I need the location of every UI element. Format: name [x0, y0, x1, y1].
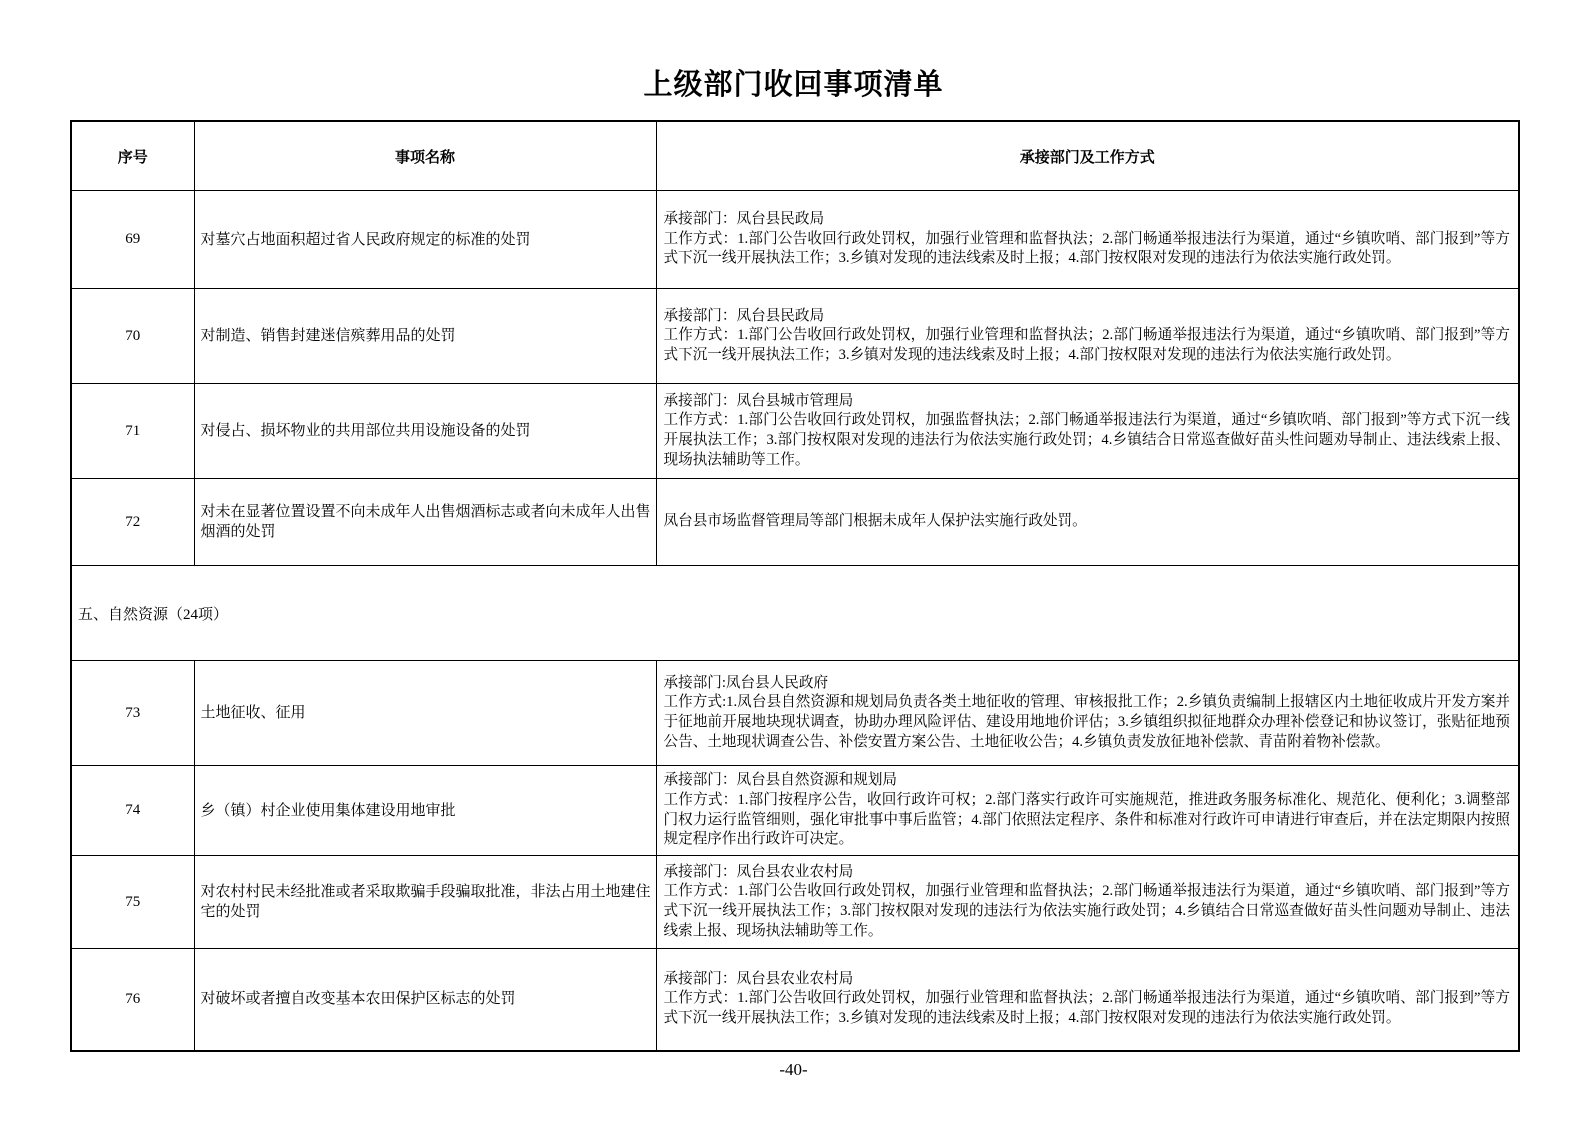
- item-dept-method: 承接部门：凤台县城市管理局 工作方式：1.部门公告收回行政处罚权，加强监督执法；…: [656, 384, 1519, 479]
- method-text: 工作方式：1.部门公告收回行政处罚权，加强行业管理和监督执法；2.部门畅通举报违…: [664, 989, 1511, 1028]
- row-index: 73: [71, 661, 194, 766]
- document-page: 上级部门收回事项清单 序号 事项名称 承接部门及工作方式 69 对墓穴占地面积超…: [0, 0, 1587, 1122]
- item-dept-method: 凤台县市场监督管理局等部门根据未成年人保护法实施行政处罚。: [656, 479, 1519, 566]
- item-dept-method: 承接部门：凤台县自然资源和规划局 工作方式：1.部门按程序公告，收回行政许可权；…: [656, 766, 1519, 856]
- row-index: 74: [71, 766, 194, 856]
- dept-line: 承接部门：凤台县农业农村局: [664, 970, 1511, 990]
- item-name: 对制造、销售封建迷信殡葬用品的处罚: [194, 289, 656, 384]
- dept-line: 承接部门：凤台县自然资源和规划局: [664, 771, 1511, 791]
- header-row: 序号 事项名称 承接部门及工作方式: [71, 121, 1519, 191]
- dept-line: 承接部门：凤台县民政局: [664, 210, 1511, 230]
- section-row: 五、自然资源（24项）: [71, 566, 1519, 661]
- method-text: 工作方式：1.部门公告收回行政处罚权，加强行业管理和监督执法；2.部门畅通举报违…: [664, 882, 1511, 941]
- row-index: 75: [71, 856, 194, 949]
- item-dept-method: 承接部门：凤台县民政局 工作方式：1.部门公告收回行政处罚权，加强行业管理和监督…: [656, 289, 1519, 384]
- table-row: 73 土地征收、征用 承接部门:凤台县人民政府 工作方式:1.凤台县自然资源和规…: [71, 661, 1519, 766]
- dept-line: 承接部门：凤台县民政局: [664, 307, 1511, 327]
- items-table: 序号 事项名称 承接部门及工作方式 69 对墓穴占地面积超过省人民政府规定的标准…: [70, 120, 1520, 1052]
- method-text: 工作方式：1.部门公告收回行政处罚权，加强行业管理和监督执法；2.部门畅通举报违…: [664, 230, 1511, 269]
- item-name: 对侵占、损坏物业的共用部位共用设施设备的处罚: [194, 384, 656, 479]
- dept-line: 承接部门：凤台县农业农村局: [664, 863, 1511, 883]
- row-index: 71: [71, 384, 194, 479]
- col-header-dept-method: 承接部门及工作方式: [656, 121, 1519, 191]
- row-index: 76: [71, 949, 194, 1051]
- table-row: 74 乡（镇）村企业使用集体建设用地审批 承接部门：凤台县自然资源和规划局 工作…: [71, 766, 1519, 856]
- item-dept-method: 承接部门：凤台县民政局 工作方式：1.部门公告收回行政处罚权，加强行业管理和监督…: [656, 191, 1519, 289]
- method-text: 工作方式：1.部门按程序公告，收回行政许可权；2.部门落实行政许可实施规范，推进…: [664, 791, 1511, 850]
- row-index: 72: [71, 479, 194, 566]
- item-name: 乡（镇）村企业使用集体建设用地审批: [194, 766, 656, 856]
- section-header: 五、自然资源（24项）: [71, 566, 1519, 661]
- table-row: 71 对侵占、损坏物业的共用部位共用设施设备的处罚 承接部门：凤台县城市管理局 …: [71, 384, 1519, 479]
- item-dept-method: 承接部门：凤台县农业农村局 工作方式：1.部门公告收回行政处罚权，加强行业管理和…: [656, 949, 1519, 1051]
- dept-line: 承接部门:凤台县人民政府: [664, 674, 1511, 694]
- col-header-item-name: 事项名称: [194, 121, 656, 191]
- item-dept-method: 承接部门：凤台县农业农村局 工作方式：1.部门公告收回行政处罚权，加强行业管理和…: [656, 856, 1519, 949]
- item-name: 土地征收、征用: [194, 661, 656, 766]
- dept-line: 承接部门：凤台县城市管理局: [664, 392, 1511, 412]
- table-row: 69 对墓穴占地面积超过省人民政府规定的标准的处罚 承接部门：凤台县民政局 工作…: [71, 191, 1519, 289]
- dept-line: 凤台县市场监督管理局等部门根据未成年人保护法实施行政处罚。: [664, 512, 1511, 532]
- table-row: 75 对农村村民未经批准或者采取欺骗手段骗取批准，非法占用土地建住宅的处罚 承接…: [71, 856, 1519, 949]
- method-text: 工作方式：1.部门公告收回行政处罚权，加强监督执法；2.部门畅通举报违法行为渠道…: [664, 411, 1511, 470]
- table-row: 70 对制造、销售封建迷信殡葬用品的处罚 承接部门：凤台县民政局 工作方式：1.…: [71, 289, 1519, 384]
- item-name: 对墓穴占地面积超过省人民政府规定的标准的处罚: [194, 191, 656, 289]
- item-dept-method: 承接部门:凤台县人民政府 工作方式:1.凤台县自然资源和规划局负责各类土地征收的…: [656, 661, 1519, 766]
- item-name: 对破坏或者擅自改变基本农田保护区标志的处罚: [194, 949, 656, 1051]
- item-name: 对未在显著位置设置不向未成年人出售烟酒标志或者向未成年人出售烟酒的处罚: [194, 479, 656, 566]
- col-header-index: 序号: [71, 121, 194, 191]
- row-index: 70: [71, 289, 194, 384]
- method-text: 工作方式：1.部门公告收回行政处罚权，加强行业管理和监督执法；2.部门畅通举报违…: [664, 326, 1511, 365]
- page-title: 上级部门收回事项清单: [0, 62, 1587, 103]
- table-row: 72 对未在显著位置设置不向未成年人出售烟酒标志或者向未成年人出售烟酒的处罚 凤…: [71, 479, 1519, 566]
- item-name: 对农村村民未经批准或者采取欺骗手段骗取批准，非法占用土地建住宅的处罚: [194, 856, 656, 949]
- row-index: 69: [71, 191, 194, 289]
- table-row: 76 对破坏或者擅自改变基本农田保护区标志的处罚 承接部门：凤台县农业农村局 工…: [71, 949, 1519, 1051]
- method-text: 工作方式:1.凤台县自然资源和规划局负责各类土地征收的管理、审核报批工作；2.乡…: [664, 693, 1511, 752]
- page-number: -40-: [0, 1060, 1587, 1080]
